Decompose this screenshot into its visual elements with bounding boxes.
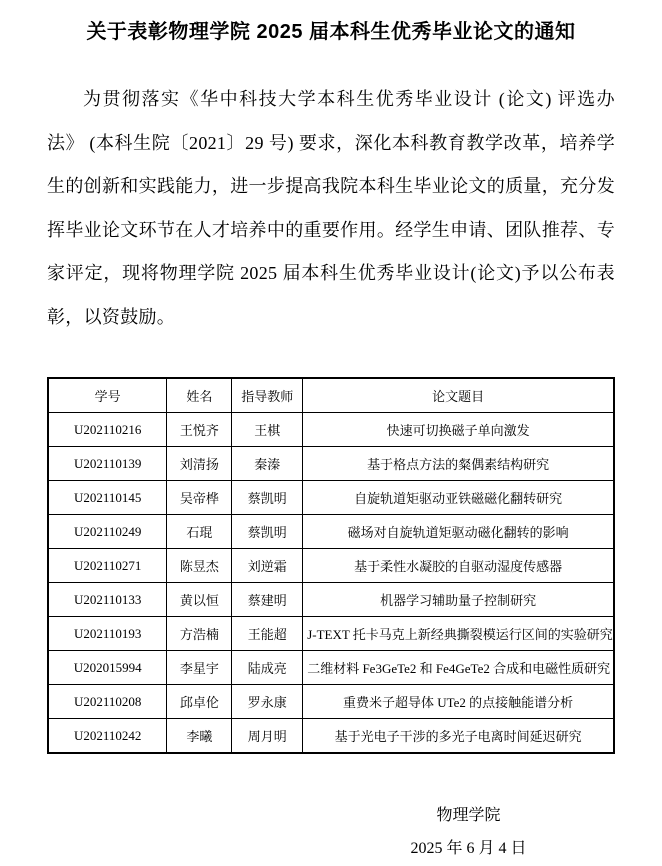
cell-student-name: 方浩楠 xyxy=(167,617,232,651)
table-row: U202110271陈昱杰刘逆霜基于柔性水凝胶的自驱动湿度传感器 xyxy=(48,549,614,583)
header-student-id: 学号 xyxy=(48,378,167,413)
cell-thesis-title: 二维材料 Fe3GeTe2 和 Fe4GeTe2 合成和电磁性质研究 xyxy=(303,651,614,685)
cell-thesis-title: 重费米子超导体 UTe2 的点接触能谱分析 xyxy=(303,685,614,719)
signature-date: 2025 年 6 月 4 日 xyxy=(322,833,615,866)
awards-table-body: U202110216王悦齐王棋快速可切换磁子单向激发U202110139刘清扬秦… xyxy=(48,413,614,754)
cell-student-name: 邱卓伦 xyxy=(167,685,232,719)
cell-student-id: U202110242 xyxy=(48,719,167,754)
cell-student-name: 李曦 xyxy=(167,719,232,754)
cell-thesis-title: 磁场对自旋轨道矩驱动磁化翻转的影响 xyxy=(303,515,614,549)
table-header-row: 学号 姓名 指导教师 论文题目 xyxy=(48,378,614,413)
cell-student-id: U202110193 xyxy=(48,617,167,651)
header-advisor: 指导教师 xyxy=(232,378,303,413)
cell-thesis-title: 基于柔性水凝胶的自驱动湿度传感器 xyxy=(303,549,614,583)
header-student-name: 姓名 xyxy=(167,378,232,413)
cell-thesis-title: 快速可切换磁子单向激发 xyxy=(303,413,614,447)
cell-advisor: 王能超 xyxy=(232,617,303,651)
cell-thesis-title: 基于光电子干涉的多光子电离时间延迟研究 xyxy=(303,719,614,754)
cell-advisor: 周月明 xyxy=(232,719,303,754)
cell-student-name: 李星宇 xyxy=(167,651,232,685)
cell-student-name: 刘清扬 xyxy=(167,447,232,481)
cell-advisor: 蔡建明 xyxy=(232,583,303,617)
cell-advisor: 蔡凯明 xyxy=(232,481,303,515)
cell-student-id: U202015994 xyxy=(48,651,167,685)
cell-student-id: U202110145 xyxy=(48,481,167,515)
cell-advisor: 蔡凯明 xyxy=(232,515,303,549)
table-row: U202110139刘清扬秦溱基于格点方法的粲偶素结构研究 xyxy=(48,447,614,481)
cell-advisor: 刘逆霜 xyxy=(232,549,303,583)
cell-student-name: 王悦齐 xyxy=(167,413,232,447)
cell-advisor: 秦溱 xyxy=(232,447,303,481)
header-thesis-title: 论文题目 xyxy=(303,378,614,413)
cell-student-name: 石琨 xyxy=(167,515,232,549)
cell-student-id: U202110249 xyxy=(48,515,167,549)
cell-student-id: U202110133 xyxy=(48,583,167,617)
awards-table: 学号 姓名 指导教师 论文题目 U202110216王悦齐王棋快速可切换磁子单向… xyxy=(47,377,615,754)
signature-block: 物理学院 2025 年 6 月 4 日 xyxy=(0,800,662,866)
cell-student-name: 吴帝桦 xyxy=(167,481,232,515)
table-row: U202110216王悦齐王棋快速可切换磁子单向激发 xyxy=(48,413,614,447)
table-row: U202110145吴帝桦蔡凯明自旋轨道矩驱动亚铁磁磁化翻转研究 xyxy=(48,481,614,515)
cell-advisor: 陆成亮 xyxy=(232,651,303,685)
cell-thesis-title: 自旋轨道矩驱动亚铁磁磁化翻转研究 xyxy=(303,481,614,515)
cell-thesis-title: 机器学习辅助量子控制研究 xyxy=(303,583,614,617)
page-title: 关于表彰物理学院 2025 届本科生优秀毕业论文的通知 xyxy=(20,18,642,46)
notice-document: 关于表彰物理学院 2025 届本科生优秀毕业论文的通知 为贯彻落实《华中科技大学… xyxy=(0,0,662,866)
cell-advisor: 王棋 xyxy=(232,413,303,447)
cell-student-name: 陈昱杰 xyxy=(167,549,232,583)
cell-thesis-title: 基于格点方法的粲偶素结构研究 xyxy=(303,447,614,481)
cell-student-id: U202110271 xyxy=(48,549,167,583)
cell-student-id: U202110208 xyxy=(48,685,167,719)
table-row: U202110249石琨蔡凯明磁场对自旋轨道矩驱动磁化翻转的影响 xyxy=(48,515,614,549)
table-row: U202110193方浩楠王能超J-TEXT 托卡马克上新经典撕裂模运行区间的实… xyxy=(48,617,614,651)
notice-body-paragraph: 为贯彻落实《华中科技大学本科生优秀毕业设计 (论文) 评选办法》 (本科生院〔2… xyxy=(47,78,615,339)
cell-thesis-title: J-TEXT 托卡马克上新经典撕裂模运行区间的实验研究 xyxy=(303,617,614,651)
cell-student-id: U202110216 xyxy=(48,413,167,447)
table-row: U202015994李星宇陆成亮二维材料 Fe3GeTe2 和 Fe4GeTe2… xyxy=(48,651,614,685)
table-row: U202110208邱卓伦罗永康重费米子超导体 UTe2 的点接触能谱分析 xyxy=(48,685,614,719)
table-row: U202110133黄以恒蔡建明机器学习辅助量子控制研究 xyxy=(48,583,614,617)
cell-student-id: U202110139 xyxy=(48,447,167,481)
cell-student-name: 黄以恒 xyxy=(167,583,232,617)
table-row: U202110242李曦周月明基于光电子干涉的多光子电离时间延迟研究 xyxy=(48,719,614,754)
signature-org: 物理学院 xyxy=(322,800,615,833)
cell-advisor: 罗永康 xyxy=(232,685,303,719)
